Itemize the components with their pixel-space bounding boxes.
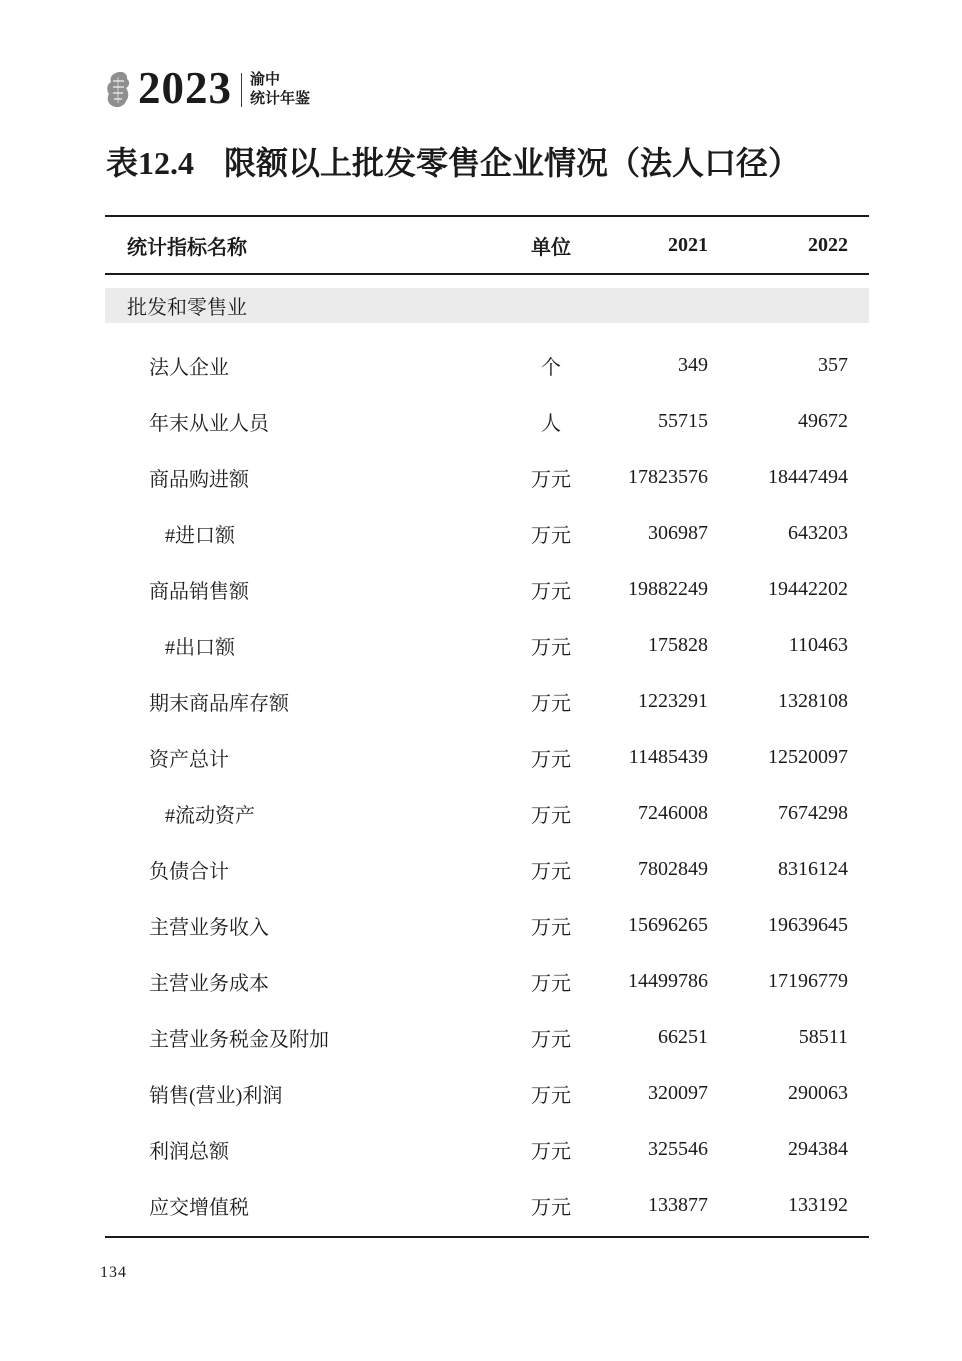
value-2022-cell: 133192 <box>708 1194 848 1217</box>
indicator-cell: 销售(营业)利润 <box>105 1079 491 1108</box>
section-header-row: 批发和零售业 <box>105 288 869 323</box>
value-2022-cell: 357 <box>708 354 848 377</box>
table-row: 期末商品库存额 万元 1223291 1328108 <box>105 673 869 729</box>
indicator-cell: 商品购进额 <box>105 463 491 492</box>
unit-cell: 万元 <box>491 1135 611 1164</box>
unit-cell: 个 <box>491 351 611 380</box>
table-row: 主营业务成本 万元 14499786 17196779 <box>105 953 869 1009</box>
table-row: 商品购进额 万元 17823576 18447494 <box>105 449 869 505</box>
unit-cell: 万元 <box>491 799 611 828</box>
table-header-row: 统计指标名称 单位 2021 2022 <box>105 215 869 275</box>
yearbook-page: 2023 渝中 统计年鉴 表12.4限额以上批发零售企业情况（法人口径） 统计指… <box>0 0 962 1361</box>
yearbook-logo: 2023 渝中 统计年鉴 <box>106 64 310 112</box>
column-header-2022: 2022 <box>708 234 848 257</box>
value-2022-cell: 19639645 <box>708 914 848 937</box>
value-2021-cell: 66251 <box>611 1026 708 1049</box>
table-title-text: 限额以上批发零售企业情况（法人口径） <box>224 145 800 181</box>
publication-name-line2: 统计年鉴 <box>250 90 310 109</box>
value-2022-cell: 643203 <box>708 522 848 545</box>
column-header-indicator: 统计指标名称 <box>105 231 491 260</box>
indicator-cell: #出口额 <box>105 631 491 660</box>
unit-cell: 人 <box>491 407 611 436</box>
value-2021-cell: 1223291 <box>611 690 708 713</box>
seal-stamp-icon <box>106 71 131 109</box>
value-2021-cell: 7246008 <box>611 802 708 825</box>
value-2021-cell: 15696265 <box>611 914 708 937</box>
value-2021-cell: 17823576 <box>611 466 708 489</box>
table-row: 年末从业人员 人 55715 49672 <box>105 393 869 449</box>
unit-cell: 万元 <box>491 687 611 716</box>
indicator-cell: 主营业务成本 <box>105 967 491 996</box>
page-number: 134 <box>100 1264 127 1282</box>
value-2021-cell: 349 <box>611 354 708 377</box>
value-2021-cell: 11485439 <box>611 746 708 769</box>
table-row: 利润总额 万元 325546 294384 <box>105 1121 869 1177</box>
logo-divider <box>241 73 242 107</box>
unit-cell: 万元 <box>491 519 611 548</box>
value-2021-cell: 14499786 <box>611 970 708 993</box>
column-header-unit: 单位 <box>491 231 611 260</box>
table-row: 销售(营业)利润 万元 320097 290063 <box>105 1065 869 1121</box>
value-2021-cell: 325546 <box>611 1138 708 1161</box>
table-number: 表12.4 <box>106 145 194 181</box>
indicator-cell: 应交增值税 <box>105 1191 491 1220</box>
unit-cell: 万元 <box>491 911 611 940</box>
unit-cell: 万元 <box>491 575 611 604</box>
value-2022-cell: 7674298 <box>708 802 848 825</box>
unit-cell: 万元 <box>491 855 611 884</box>
value-2021-cell: 133877 <box>611 1194 708 1217</box>
value-2021-cell: 19882249 <box>611 578 708 601</box>
unit-cell: 万元 <box>491 1191 611 1220</box>
value-2022-cell: 294384 <box>708 1138 848 1161</box>
unit-cell: 万元 <box>491 967 611 996</box>
table-row: 法人企业 个 349 357 <box>105 337 869 393</box>
publication-name: 渝中 统计年鉴 <box>250 71 310 109</box>
indicator-cell: 年末从业人员 <box>105 407 491 436</box>
publication-name-line1: 渝中 <box>250 71 310 90</box>
table-row: #出口额 万元 175828 110463 <box>105 617 869 673</box>
unit-cell: 万元 <box>491 631 611 660</box>
table-row: #进口额 万元 306987 643203 <box>105 505 869 561</box>
value-2022-cell: 18447494 <box>708 466 848 489</box>
unit-cell: 万元 <box>491 1079 611 1108</box>
statistics-table: 统计指标名称 单位 2021 2022 批发和零售业 法人企业 个 349 35… <box>105 215 869 1238</box>
table-row: #流动资产 万元 7246008 7674298 <box>105 785 869 841</box>
table-row: 应交增值税 万元 133877 133192 <box>105 1177 869 1233</box>
value-2022-cell: 49672 <box>708 410 848 433</box>
value-2021-cell: 320097 <box>611 1082 708 1105</box>
page-title: 表12.4限额以上批发零售企业情况（法人口径） <box>106 138 800 184</box>
table-row: 负债合计 万元 7802849 8316124 <box>105 841 869 897</box>
value-2021-cell: 55715 <box>611 410 708 433</box>
indicator-cell: 主营业务税金及附加 <box>105 1023 491 1052</box>
value-2022-cell: 290063 <box>708 1082 848 1105</box>
indicator-cell: 资产总计 <box>105 743 491 772</box>
section-header-label: 批发和零售业 <box>127 291 247 320</box>
table-rows: 法人企业 个 349 357 年末从业人员 人 55715 49672 商品购进… <box>105 337 869 1238</box>
value-2022-cell: 12520097 <box>708 746 848 769</box>
value-2021-cell: 175828 <box>611 634 708 657</box>
value-2022-cell: 1328108 <box>708 690 848 713</box>
indicator-cell: 负债合计 <box>105 855 491 884</box>
value-2021-cell: 306987 <box>611 522 708 545</box>
table-row: 主营业务税金及附加 万元 66251 58511 <box>105 1009 869 1065</box>
logo-year: 2023 <box>138 66 232 111</box>
indicator-cell: 商品销售额 <box>105 575 491 604</box>
indicator-cell: #流动资产 <box>105 799 491 828</box>
value-2022-cell: 58511 <box>708 1026 848 1049</box>
unit-cell: 万元 <box>491 463 611 492</box>
indicator-cell: #进口额 <box>105 519 491 548</box>
value-2022-cell: 19442202 <box>708 578 848 601</box>
indicator-cell: 期末商品库存额 <box>105 687 491 716</box>
table-row: 主营业务收入 万元 15696265 19639645 <box>105 897 869 953</box>
indicator-cell: 法人企业 <box>105 351 491 380</box>
column-header-2021: 2021 <box>611 234 708 257</box>
indicator-cell: 主营业务收入 <box>105 911 491 940</box>
value-2021-cell: 7802849 <box>611 858 708 881</box>
value-2022-cell: 110463 <box>708 634 848 657</box>
table-row: 商品销售额 万元 19882249 19442202 <box>105 561 869 617</box>
unit-cell: 万元 <box>491 743 611 772</box>
indicator-cell: 利润总额 <box>105 1135 491 1164</box>
unit-cell: 万元 <box>491 1023 611 1052</box>
value-2022-cell: 8316124 <box>708 858 848 881</box>
table-row: 资产总计 万元 11485439 12520097 <box>105 729 869 785</box>
value-2022-cell: 17196779 <box>708 970 848 993</box>
